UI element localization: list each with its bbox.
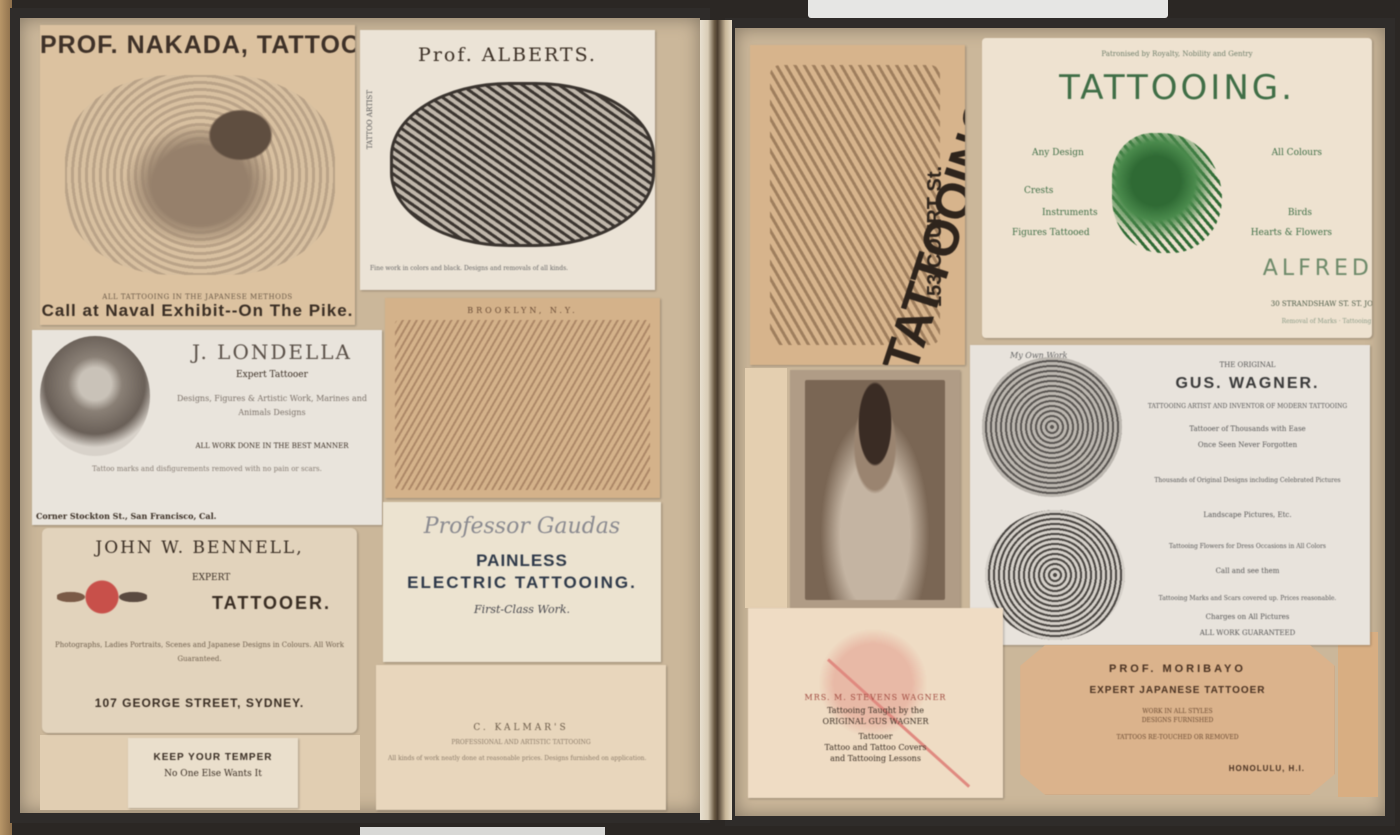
tattoo-medallion-icon (982, 357, 1122, 497)
card-address: 30 STRANDSHAW ST. ST. JOHN'S WALK, LONDO… (1177, 300, 1372, 308)
card-alfred-south: Patronised by Royalty, Nobility and Gent… (982, 38, 1372, 338)
card-label: Any Design (1032, 148, 1084, 158)
card-name: ALFRED SOUTH (1177, 256, 1372, 281)
card-label: Birds (1288, 208, 1312, 218)
card-patronage: Patronised by Royalty, Nobility and Gent… (982, 50, 1372, 58)
card-line: First-Class Work. (383, 603, 661, 616)
card-body: All kinds of work neatly done at reasona… (388, 754, 654, 763)
card-description: Designs, Figures & Artistic Work, Marine… (172, 392, 372, 420)
card-title: TATTOOING. (982, 68, 1372, 108)
card-painless-tattooing: Professor Gaudas PAINLESS ELECTRIC TATTO… (383, 502, 661, 662)
card-line: Tattooer (748, 732, 1003, 741)
tattoo-medallion-icon (985, 510, 1125, 640)
scrapbook-photo: PROF. NAKADA, TATTOOIST ALL TATTOOING IN… (0, 0, 1400, 835)
card-line: Once Seen Never Forgotten (1135, 441, 1360, 449)
card-city: HONOLULU, H.I. (1229, 764, 1305, 773)
card-subtitle: PROFESSIONAL AND ARTISTIC TATTOOING (376, 739, 666, 746)
card-line: TATTOOING ARTIST AND INVENTOR OF MODERN … (1135, 403, 1360, 410)
card-address: Corner Stockton St., San Francisco, Cal. (36, 511, 378, 521)
portrait-photo-icon (40, 336, 150, 456)
card-tagline: ALL TATTOOING IN THE JAPANESE METHODS (40, 293, 355, 301)
card-line: DESIGNS FURNISHED (1020, 717, 1335, 724)
card-londella: J. LONDELLA Expert Tattooer Designs, Fig… (32, 330, 382, 525)
paper-backing (745, 368, 787, 608)
portrait-photo-icon (805, 380, 945, 600)
paper-tab (1338, 632, 1378, 797)
card-alberts: Prof. ALBERTS. TATTOO ARTIST Fine work i… (360, 30, 655, 290)
card-line: Tattoo and Tattoo Covers (748, 743, 1003, 752)
card-line: PAINLESS (383, 551, 661, 571)
green-dragon-icon (1112, 133, 1222, 253)
card-title: PROF. NAKADA, TATTOOIST (40, 31, 355, 60)
card-line: Tattooing Flowers for Dress Occasions in… (1135, 543, 1360, 550)
card-line: TATTOOS RE-TOUCHED OR REMOVED (1020, 734, 1335, 741)
card-label: Instruments (1042, 208, 1098, 218)
card-title: EXPERT JAPANESE TATTOOER (1020, 685, 1335, 696)
paper-strip-top (808, 0, 1168, 18)
card-line: ORIGINAL GUS WAGNER (748, 717, 1003, 726)
card-script-name: Professor Gaudas (383, 514, 661, 539)
card-name: JOHN W. BENNELL, (42, 538, 357, 558)
card-name: J. LONDELLA (172, 340, 372, 364)
card-line: Thousands of Original Designs including … (1135, 477, 1360, 484)
card-court-street: ARTISTIC TATTOOING BY TATTOOING 153 COUR… (750, 45, 965, 365)
card-address: 153 COURT St. (924, 166, 947, 307)
card-maud-wagner: MRS. M. STEVENS WAGNER Tattooing Taught … (748, 608, 1003, 798)
card-line: Charges on All Pictures (1135, 613, 1360, 621)
card-line: ALL WORK DONE IN THE BEST MANNER (172, 442, 372, 450)
card-gus-wagner: My Own Work THE ORIGINAL GUS. WAGNER. TA… (970, 345, 1370, 645)
card-label: Figures Tattooed (1012, 228, 1090, 238)
card-line: Tattooing Taught by the (748, 706, 1003, 715)
crest-icon (57, 570, 147, 615)
card-brooklyn: BROOKLYN, N.Y. (385, 298, 660, 498)
card-header: BROOKLYN, N.Y. (385, 306, 660, 315)
card-side-text: TATTOO ARTIST (366, 90, 374, 149)
card-nakada: PROF. NAKADA, TATTOOIST ALL TATTOOING IN… (40, 25, 355, 325)
tattooed-woman-photo (790, 370, 960, 610)
card-name: C. KALMAR'S (376, 723, 666, 733)
card-line: Tattooing Marks and Scars covered up. Pr… (1135, 595, 1360, 602)
card-moribayo: PROF. MORIBAYO EXPERT JAPANESE TATTOOER … (1020, 645, 1335, 795)
card-description: Photographs, Ladies Portraits, Scenes an… (52, 638, 347, 666)
card-line: Call and see them (1135, 567, 1360, 575)
card-line: WORK IN ALL STYLES (1020, 708, 1335, 715)
card-line: and Tattooing Lessons (748, 754, 1003, 763)
card-line: Tattoo marks and disfigurements removed … (40, 465, 374, 473)
book-gutter (700, 20, 732, 820)
engraving-illustration-icon (395, 320, 650, 490)
paper-strip-bottom (360, 827, 605, 835)
card-line: ELECTRIC TATTOOING. (383, 573, 661, 593)
card-footer: Fine work in colors and black. Designs a… (370, 265, 645, 272)
card-label: All Colours (1272, 148, 1322, 158)
card-line: KEEP YOUR TEMPER (128, 752, 298, 763)
card-title: Prof. ALBERTS. (360, 44, 655, 66)
card-bennell: JOHN W. BENNELL, EXPERT TATTOOER. Photog… (42, 528, 357, 733)
card-name: PROF. MORIBAYO (1020, 663, 1335, 675)
card-line: Tattooer of Thousands with Ease (1135, 425, 1360, 433)
card-line: ALL WORK GUARANTEED (1135, 629, 1360, 637)
card-prefix: EXPERT (192, 573, 230, 583)
card-footer: Removal of Marks · Tattooing at all hour… (1177, 318, 1372, 325)
card-keep-your-temper: KEEP YOUR TEMPER No One Else Wants It (128, 738, 298, 808)
card-label: Hearts & Flowers (1251, 228, 1332, 238)
card-title: TATTOOER. (212, 593, 331, 614)
card-subtitle: Expert Tattooer (172, 370, 372, 380)
card-name: GUS. WAGNER. (1135, 375, 1360, 393)
card-footer: Call at Naval Exhibit--On The Pike. (40, 301, 355, 321)
card-label: Crests (1024, 186, 1053, 196)
tattooed-figures-illustration-icon (390, 82, 655, 247)
card-address: 107 GEORGE STREET, SYDNEY. (52, 696, 347, 710)
card-kalmar: C. KALMAR'S PROFESSIONAL AND ARTISTIC TA… (376, 665, 666, 810)
card-line: Landscape Pictures, Etc. (1135, 511, 1360, 519)
dragon-illustration-icon (65, 75, 335, 275)
card-line: No One Else Wants It (128, 769, 298, 779)
card-line: MRS. M. STEVENS WAGNER (748, 693, 1003, 702)
card-header: THE ORIGINAL (1135, 361, 1360, 369)
